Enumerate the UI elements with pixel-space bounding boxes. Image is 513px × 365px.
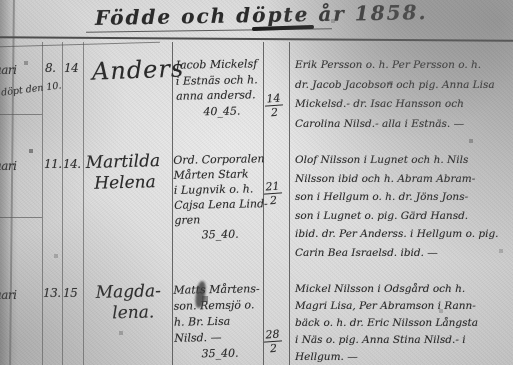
- fraction-denominator: 2: [265, 105, 284, 119]
- fraction-denominator: 2: [264, 341, 283, 355]
- parents-line: son. Remsjö o.: [174, 297, 261, 315]
- parents-line: Cajsa Lena Lind-: [174, 196, 268, 213]
- column-divider-witnesses: [289, 42, 290, 365]
- fraction-denominator: 2: [264, 193, 283, 207]
- margin-row-separator-1: [0, 114, 42, 115]
- margin-row-separator-2: [0, 217, 42, 218]
- parish-register-scan: Födde och döpte år 1858. uari 8. 14 döpt…: [0, 0, 513, 365]
- parents-line: Mårten Stark: [173, 166, 267, 183]
- name-line: Anders: [92, 54, 185, 85]
- parents-line: h. Br. Lisa: [174, 313, 261, 331]
- witness-line: Hellgum. —: [295, 349, 478, 365]
- parents-line: 35_40.: [174, 345, 261, 363]
- parents-line: gren: [174, 211, 268, 228]
- witness-line: dr. Jacob Jacobson och pig. Anna Lisa: [295, 76, 495, 96]
- record-date-fraction: 28 2: [263, 327, 283, 355]
- page-title: Födde och döpte år 1858.: [95, 0, 428, 30]
- witness-line: bäck o. h. dr. Eric Nilsson Långsta: [295, 315, 478, 332]
- parents-cell: Matts Mårtens- son. Remsjö o. h. Br. Lis…: [173, 281, 261, 362]
- margin-month: uari: [0, 288, 16, 302]
- margin-month: uari: [0, 63, 16, 77]
- margin-day-other: 14: [64, 61, 78, 75]
- child-name: Anders: [92, 54, 185, 85]
- child-name: Magda- lena.: [95, 281, 161, 325]
- witness-line: Carin Bea Israelsd. ibid. —: [295, 244, 499, 263]
- witness-line: son i Lugnet o. pig. Gärd Hansd.: [295, 207, 499, 226]
- parents-line: anna andersd.: [176, 87, 258, 104]
- margin-day-born: 8.: [45, 61, 55, 75]
- witness-line: Carolina Nilsd.- alla i Estnäs. —: [295, 115, 495, 135]
- margin-day-born: 11.: [44, 157, 62, 171]
- margin-month: uari: [0, 159, 16, 173]
- name-line: Helena: [86, 172, 161, 195]
- witness-line: Olof Nilsson i Lugnet och h. Nils: [295, 151, 499, 170]
- parents-line: Matts Mårtens-: [173, 281, 260, 299]
- fraction-numerator: 14: [264, 91, 283, 106]
- witnesses-cell: Mickel Nilsson i Odsgård och h. Magri Li…: [295, 281, 478, 365]
- witness-line: Mickel Nilsson i Odsgård och h.: [295, 281, 478, 298]
- record-date-fraction: 14 2: [264, 91, 284, 119]
- name-line: lena.: [96, 302, 162, 325]
- column-divider-name: [83, 42, 84, 365]
- parents-line: i Lugnvik o. h.: [174, 181, 268, 198]
- parents-cell: Jacob Mickelsf i Estnäs och h. anna ande…: [175, 56, 258, 119]
- column-divider-parents: [172, 42, 173, 365]
- parents-line: Nilsd. —: [174, 329, 261, 347]
- table-top-rule: [0, 36, 513, 42]
- margin-day-born: 13.: [43, 286, 61, 300]
- witness-line: son i Hellgum o. h. dr. Jöns Jons-: [295, 188, 499, 207]
- witness-line: Erik Persson o. h. Per Persson o. h.: [295, 56, 495, 76]
- name-line: Martilda: [85, 151, 160, 174]
- parents-line: Jacob Mickelsf: [175, 56, 257, 73]
- margin-day-other: 15: [63, 286, 77, 300]
- record-date-fraction: 21 2: [263, 179, 283, 207]
- parents-cell: Ord. Corporalen Mårten Stark i Lugnvik o…: [173, 151, 268, 243]
- name-line: Magda-: [95, 281, 161, 304]
- witness-line: ibid. dr. Per Anderss. i Hellgum o. pig.: [295, 225, 499, 244]
- table-top-rule-double: [0, 42, 160, 47]
- parents-line: i Estnäs och h.: [176, 72, 258, 89]
- fraction-numerator: 28: [263, 327, 282, 342]
- witnesses-cell: Olof Nilsson i Lugnet och h. Nils Nilsso…: [295, 151, 499, 262]
- fraction-numerator: 21: [263, 179, 282, 194]
- margin-day-other: 14.: [63, 157, 81, 171]
- witness-line: Mickelsd.- dr. Isac Hansson och: [295, 95, 495, 115]
- page-left-edge: [9, 0, 15, 365]
- witness-line: Magri Lisa, Per Abramson i Rann-: [295, 298, 478, 315]
- paper-specks: [0, 0, 2, 2]
- witness-line: Nilsson ibid och h. Abram Abram-: [295, 170, 499, 189]
- parents-line: 40_45.: [176, 103, 258, 120]
- year-heavy-underline: [252, 25, 314, 31]
- baptism-note: döpt den 10.: [1, 80, 63, 98]
- child-name: Martilda Helena: [85, 151, 160, 195]
- parents-line: 35_40.: [175, 226, 269, 243]
- witness-line: i Näs o. pig. Anna Stina Nilsd.- i: [295, 332, 478, 349]
- parents-line: Ord. Corporalen: [173, 151, 267, 168]
- witnesses-cell: Erik Persson o. h. Per Persson o. h. dr.…: [295, 56, 495, 134]
